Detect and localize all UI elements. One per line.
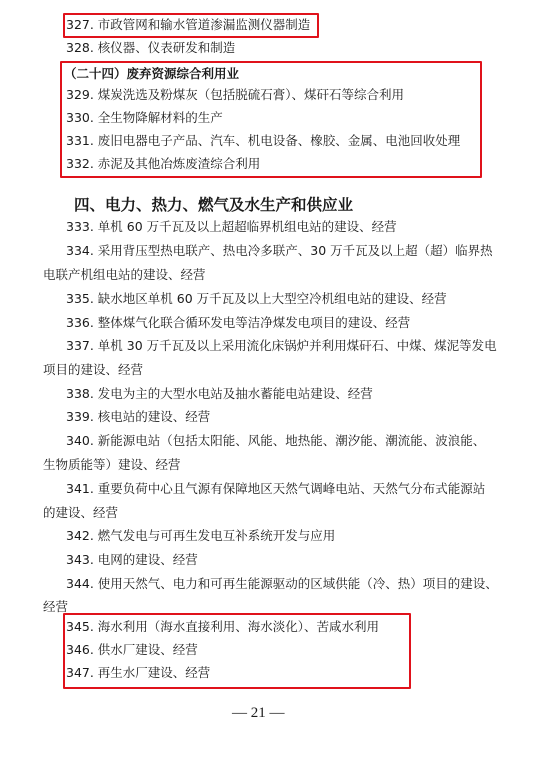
item-347: 347. 再生水厂建设、经营 xyxy=(66,665,210,681)
item-334-cont: 电联产机组电站的建设、经营 xyxy=(43,267,206,283)
item-339: 339. 核电站的建设、经营 xyxy=(66,409,210,425)
item-344-cont: 经营 xyxy=(43,599,68,615)
item-345: 345. 海水利用（海水直接利用、海水淡化）、苦咸水利用 xyxy=(66,619,379,635)
chapter-heading-4: 四、电力、热力、燃气及水生产和供应业 xyxy=(74,193,353,215)
item-328: 328. 核仪器、仪表研发和制造 xyxy=(66,40,235,56)
item-333: 333. 单机 60 万千瓦及以上超超临界机组电站的建设、经营 xyxy=(66,219,397,235)
item-343: 343. 电网的建设、经营 xyxy=(66,552,198,568)
item-342: 342. 燃气发电与可再生发电互补系统开发与应用 xyxy=(66,528,335,544)
item-335: 335. 缺水地区单机 60 万千瓦及以上大型空冷机组电站的建设、经营 xyxy=(66,291,447,307)
item-340: 340. 新能源电站（包括太阳能、风能、地热能、潮汐能、潮流能、波浪能、 xyxy=(66,433,485,449)
item-337-cont: 项目的建设、经营 xyxy=(43,362,143,378)
item-340-cont: 生物质能等）建设、经营 xyxy=(43,457,181,473)
item-338: 338. 发电为主的大型水电站及抽水蓄能电站建设、经营 xyxy=(66,386,373,402)
item-332: 332. 赤泥及其他冶炼废渣综合利用 xyxy=(66,156,260,172)
item-344: 344. 使用天然气、电力和可再生能源驱动的区域供能（冷、热）项目的建设、 xyxy=(66,576,498,592)
item-330: 330. 全生物降解材料的生产 xyxy=(66,110,223,126)
item-341-cont: 的建设、经营 xyxy=(43,505,118,521)
item-329: 329. 煤炭洗选及粉煤灰（包括脱硫石膏）、煤矸石等综合利用 xyxy=(66,87,404,103)
item-331: 331. 废旧电器电子产品、汽车、机电设备、橡胶、金属、电池回收处理 xyxy=(66,133,460,149)
item-337: 337. 单机 30 万千瓦及以上采用流化床锅炉并利用煤矸石、中煤、煤泥等发电 xyxy=(66,338,497,354)
item-327: 327. 市政管网和输水管道渗漏监测仪器制造 xyxy=(66,17,310,33)
section-heading-24: （二十四）废弃资源综合利用业 xyxy=(64,64,239,82)
item-346: 346. 供水厂建设、经营 xyxy=(66,642,198,658)
item-341: 341. 重要负荷中心且气源有保障地区天然气调峰电站、天然气分布式能源站 xyxy=(66,481,485,497)
item-336: 336. 整体煤气化联合循环发电等洁净煤发电项目的建设、经营 xyxy=(66,315,410,331)
page-number: — 21 — xyxy=(232,705,285,722)
item-334: 334. 采用背压型热电联产、热电冷多联产、30 万千瓦及以上超（超）临界热 xyxy=(66,243,493,259)
